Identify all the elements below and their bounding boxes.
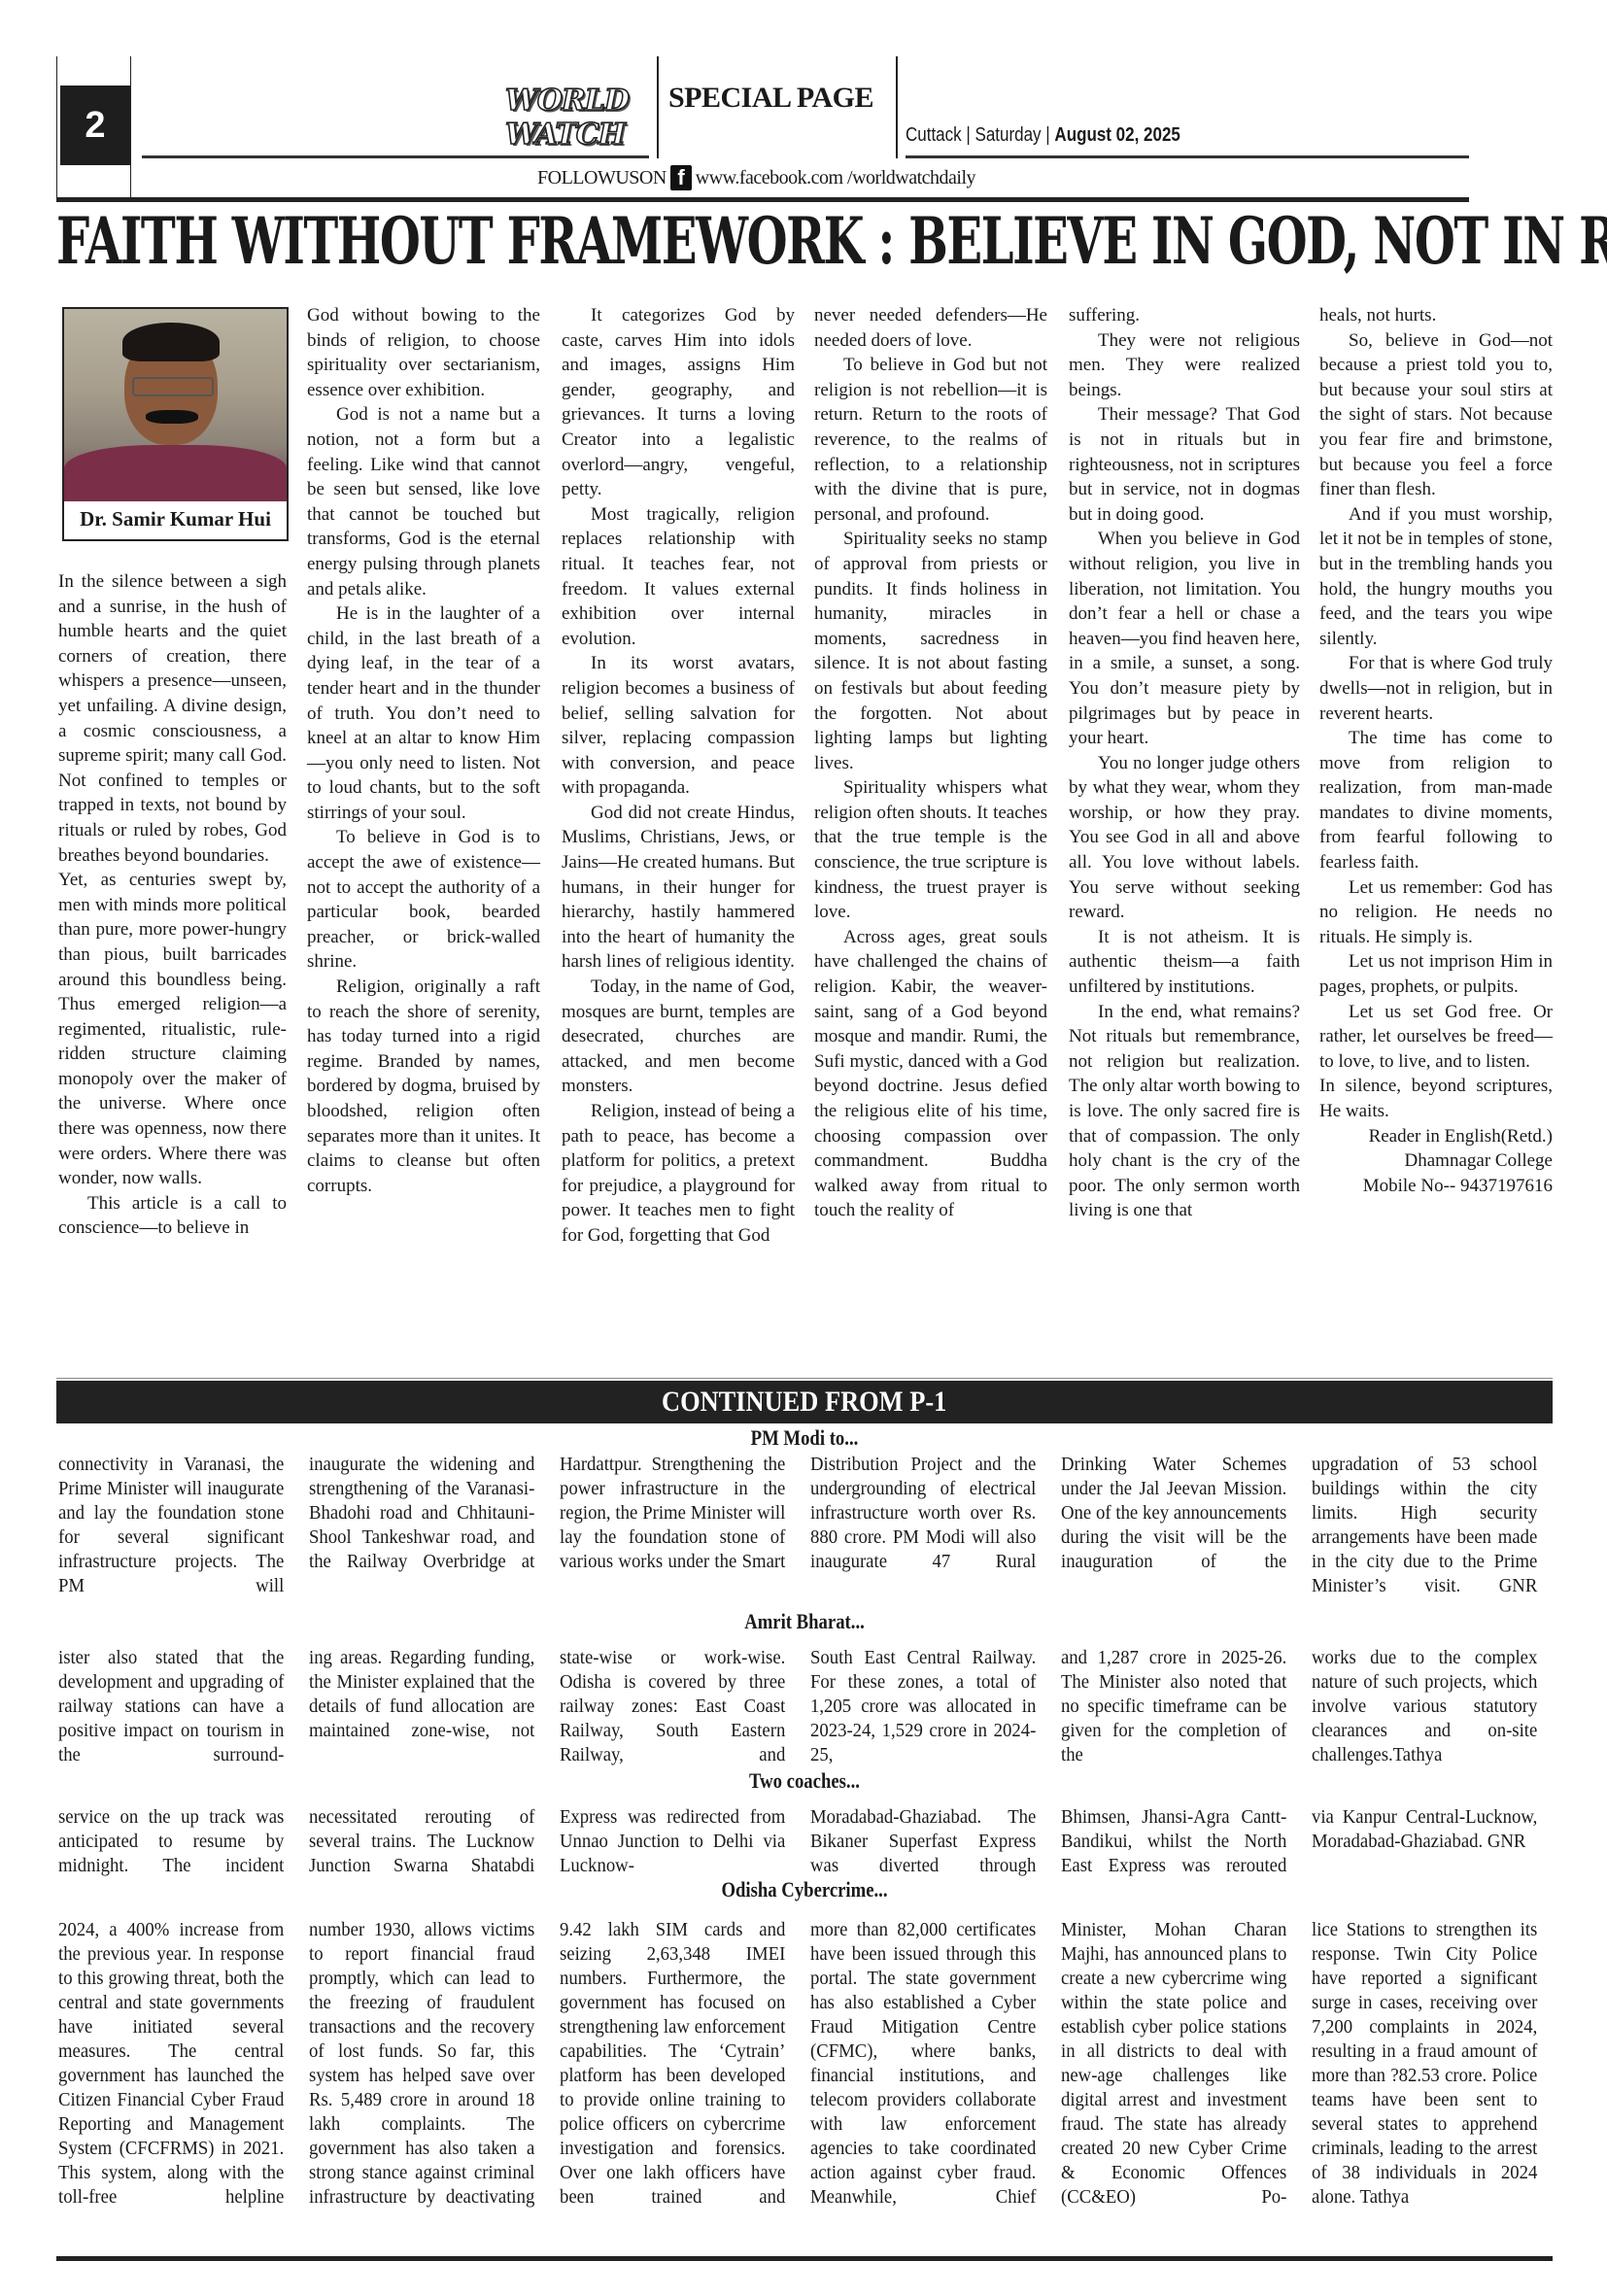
story-column: upgradation of 53 school buildings withi… [1312,1453,1537,1598]
story-column: necessitated rerouting of several trains… [309,1805,534,1878]
story-column: works due to the complex nature of such … [1312,1646,1537,1767]
story-column: Drinking Water Schemes under the Jal Jee… [1061,1453,1286,1574]
article-paragraph: God without bowing to the binds of relig… [307,303,540,402]
dateline-city-day: Cuttack | Saturday | [906,124,1050,146]
article-paragraph: Their message? That God is not in ritual… [1069,402,1300,527]
divider [142,155,649,158]
article-paragraph: Let us not imprison Him in pages, prophe… [1319,949,1553,999]
story-column: Distribution Project and the underground… [810,1453,1036,1574]
newspaper-logo: WORLD WATCH [505,82,690,152]
story-column: more than 82,000 certificates have been … [810,1918,1036,2210]
article-paragraph: In silence, beyond scriptures, He waits. [1319,1074,1553,1123]
article-paragraph: Yet, as centuries swept by, men with min… [58,868,287,1191]
story-column: inaugurate the widening and strengthenin… [309,1453,534,1574]
article-paragraph: To believe in God but not religion is no… [814,353,1047,527]
section-label: SPECIAL PAGE [668,82,873,115]
masthead-divider [657,56,659,158]
story-column: Bhimsen, Jhansi-Agra Cantt-Bandikui, whi… [1061,1805,1286,1878]
article-paragraph: never needed defenders—He needed doers o… [814,303,1047,353]
author-bio-line: Dhamnagar College [1319,1148,1553,1174]
article-paragraph: It is not atheism. It is authentic theis… [1069,925,1300,1000]
article-paragraph: God is not a name but a notion, not a fo… [307,402,540,601]
story-column: South East Central Railway. For these zo… [810,1646,1036,1767]
article-paragraph: This article is a call to conscience—to … [58,1191,287,1241]
article-column-3: It categorizes God by caste, carves Him … [562,303,795,1249]
continued-banner-label: CONTINUED FROM P-1 [662,1386,946,1419]
article-paragraph: To believe in God is to accept the awe o… [307,825,540,975]
author-photo [64,309,287,501]
story-column: connectivity in Varanasi, the Prime Mini… [58,1453,284,1598]
article-paragraph: So, believe in God—not because a priest … [1319,328,1553,502]
story-column: Moradabad-Ghaziabad. The Bikaner Superfa… [810,1805,1036,1878]
article-paragraph: When you believe in God without religion… [1069,527,1300,750]
story-column: 2024, a 400% increase from the previous … [58,1918,284,2210]
story-column: 9.42 lakh SIM cards and seizing 2,63,348… [560,1918,785,2210]
article-paragraph: In its worst avatars, religion becomes a… [562,651,795,801]
story-column: ing areas. Regarding funding, the Minist… [309,1646,534,1743]
author-bio-line: Reader in English(Retd.) [1319,1124,1553,1149]
article-paragraph: It categorizes God by caste, carves Him … [562,303,795,502]
story-column: number 1930, allows victims to report fi… [309,1918,534,2210]
story-column: Hardattpur. Strengthening the power infr… [560,1453,785,1574]
story-column: via Kanpur Central-Lucknow, Moradabad-Gh… [1312,1805,1537,1854]
divider [906,155,1469,158]
facebook-link[interactable]: www.facebook.com /worldwatchdaily [696,167,975,189]
article-paragraph: They were not religious men. They were r… [1069,328,1300,403]
story-heading[interactable]: Amrit Bharat... [169,1609,1441,1634]
masthead-bottom-rule [56,197,1469,202]
masthead-left-rule [56,56,57,197]
article-paragraph: Most tragically, religion replaces relat… [562,502,795,652]
article-column-4: never needed defenders—He needed doers o… [814,303,1047,1223]
story-heading[interactable]: PM Modi to... [169,1425,1441,1451]
story-column: ister also stated that the development a… [58,1646,284,1767]
story-column: lice Stations to strengthen its response… [1312,1918,1537,2210]
article-paragraph: Spirituality seeks no stamp of approval … [814,527,1047,775]
author-bio-line: Mobile No-- 9437197616 [1319,1174,1553,1199]
article-paragraph: The time has come to move from religion … [1319,726,1553,875]
masthead-divider [130,56,131,197]
article-paragraph: heals, not hurts. [1319,303,1553,328]
article-column-6: heals, not hurts.So, believe in God—not … [1319,303,1553,1198]
page-bottom-rule [56,2256,1553,2261]
story-column: state-wise or work-wise. Odisha is cover… [560,1646,785,1767]
article-column-1: In the silence between a sigh and a sunr… [58,569,287,1241]
article-paragraph: Religion, instead of being a path to pea… [562,1099,795,1249]
article-paragraph: And if you must worship, let it not be i… [1319,502,1553,652]
story-column: and 1,287 crore in 2025-26. The Minister… [1061,1646,1286,1767]
divider [56,1378,1553,1379]
article-column-5: suffering.They were not religious men. T… [1069,303,1300,1223]
continued-banner: CONTINUED FROM P-1 [56,1381,1553,1423]
article-paragraph: Let us remember: God has no religion. He… [1319,875,1553,950]
author-caption: Dr. Samir Kumar Hui [64,501,287,537]
masthead-divider [896,56,898,158]
dateline: Cuttack | Saturday | August 02, 2025 [906,124,1180,147]
article-paragraph: Today, in the name of God, mosques are b… [562,975,795,1099]
article-paragraph: suffering. [1069,303,1300,328]
article-paragraph: God did not create Hindus, Muslims, Chri… [562,801,795,975]
article-paragraph: You no longer judge others by what they … [1069,751,1300,925]
article-paragraph: Spirituality whispers what religion ofte… [814,775,1047,925]
facebook-icon[interactable]: f [670,165,692,190]
page-number-badge: 2 [60,86,130,165]
follow-us-bar: FOLLOWUSON f www.facebook.com /worldwatc… [537,165,975,190]
article-paragraph: In the silence between a sigh and a sunr… [58,569,287,868]
article-paragraph: In the end, what remains? Not rituals bu… [1069,1000,1300,1223]
article-paragraph: For that is where God truly dwells—not i… [1319,651,1553,726]
follow-label: FOLLOWUSON [537,167,667,189]
article-paragraph: He is in the laughter of a child, in the… [307,601,540,825]
article-paragraph: Let us set God free. Or rather, let ours… [1319,1000,1553,1075]
article-headline: FAITH WITHOUT FRAMEWORK : BELIEVE IN GOD… [56,206,1148,277]
story-column: service on the up track was anticipated … [58,1805,284,1878]
story-column: Minister, Mohan Charan Majhi, has announ… [1061,1918,1286,2210]
author-photo-box: Dr. Samir Kumar Hui [62,307,289,541]
story-column: Express was redirected from Unnao Juncti… [560,1805,785,1878]
dateline-date: August 02, 2025 [1054,124,1180,146]
article-paragraph: Religion, originally a raft to reach the… [307,975,540,1198]
article-paragraph: Across ages, great souls have challenged… [814,925,1047,1223]
story-heading[interactable]: Two coaches... [169,1768,1441,1794]
story-heading[interactable]: Odisha Cybercrime... [169,1877,1441,1902]
article-column-2: God without bowing to the binds of relig… [307,303,540,1198]
